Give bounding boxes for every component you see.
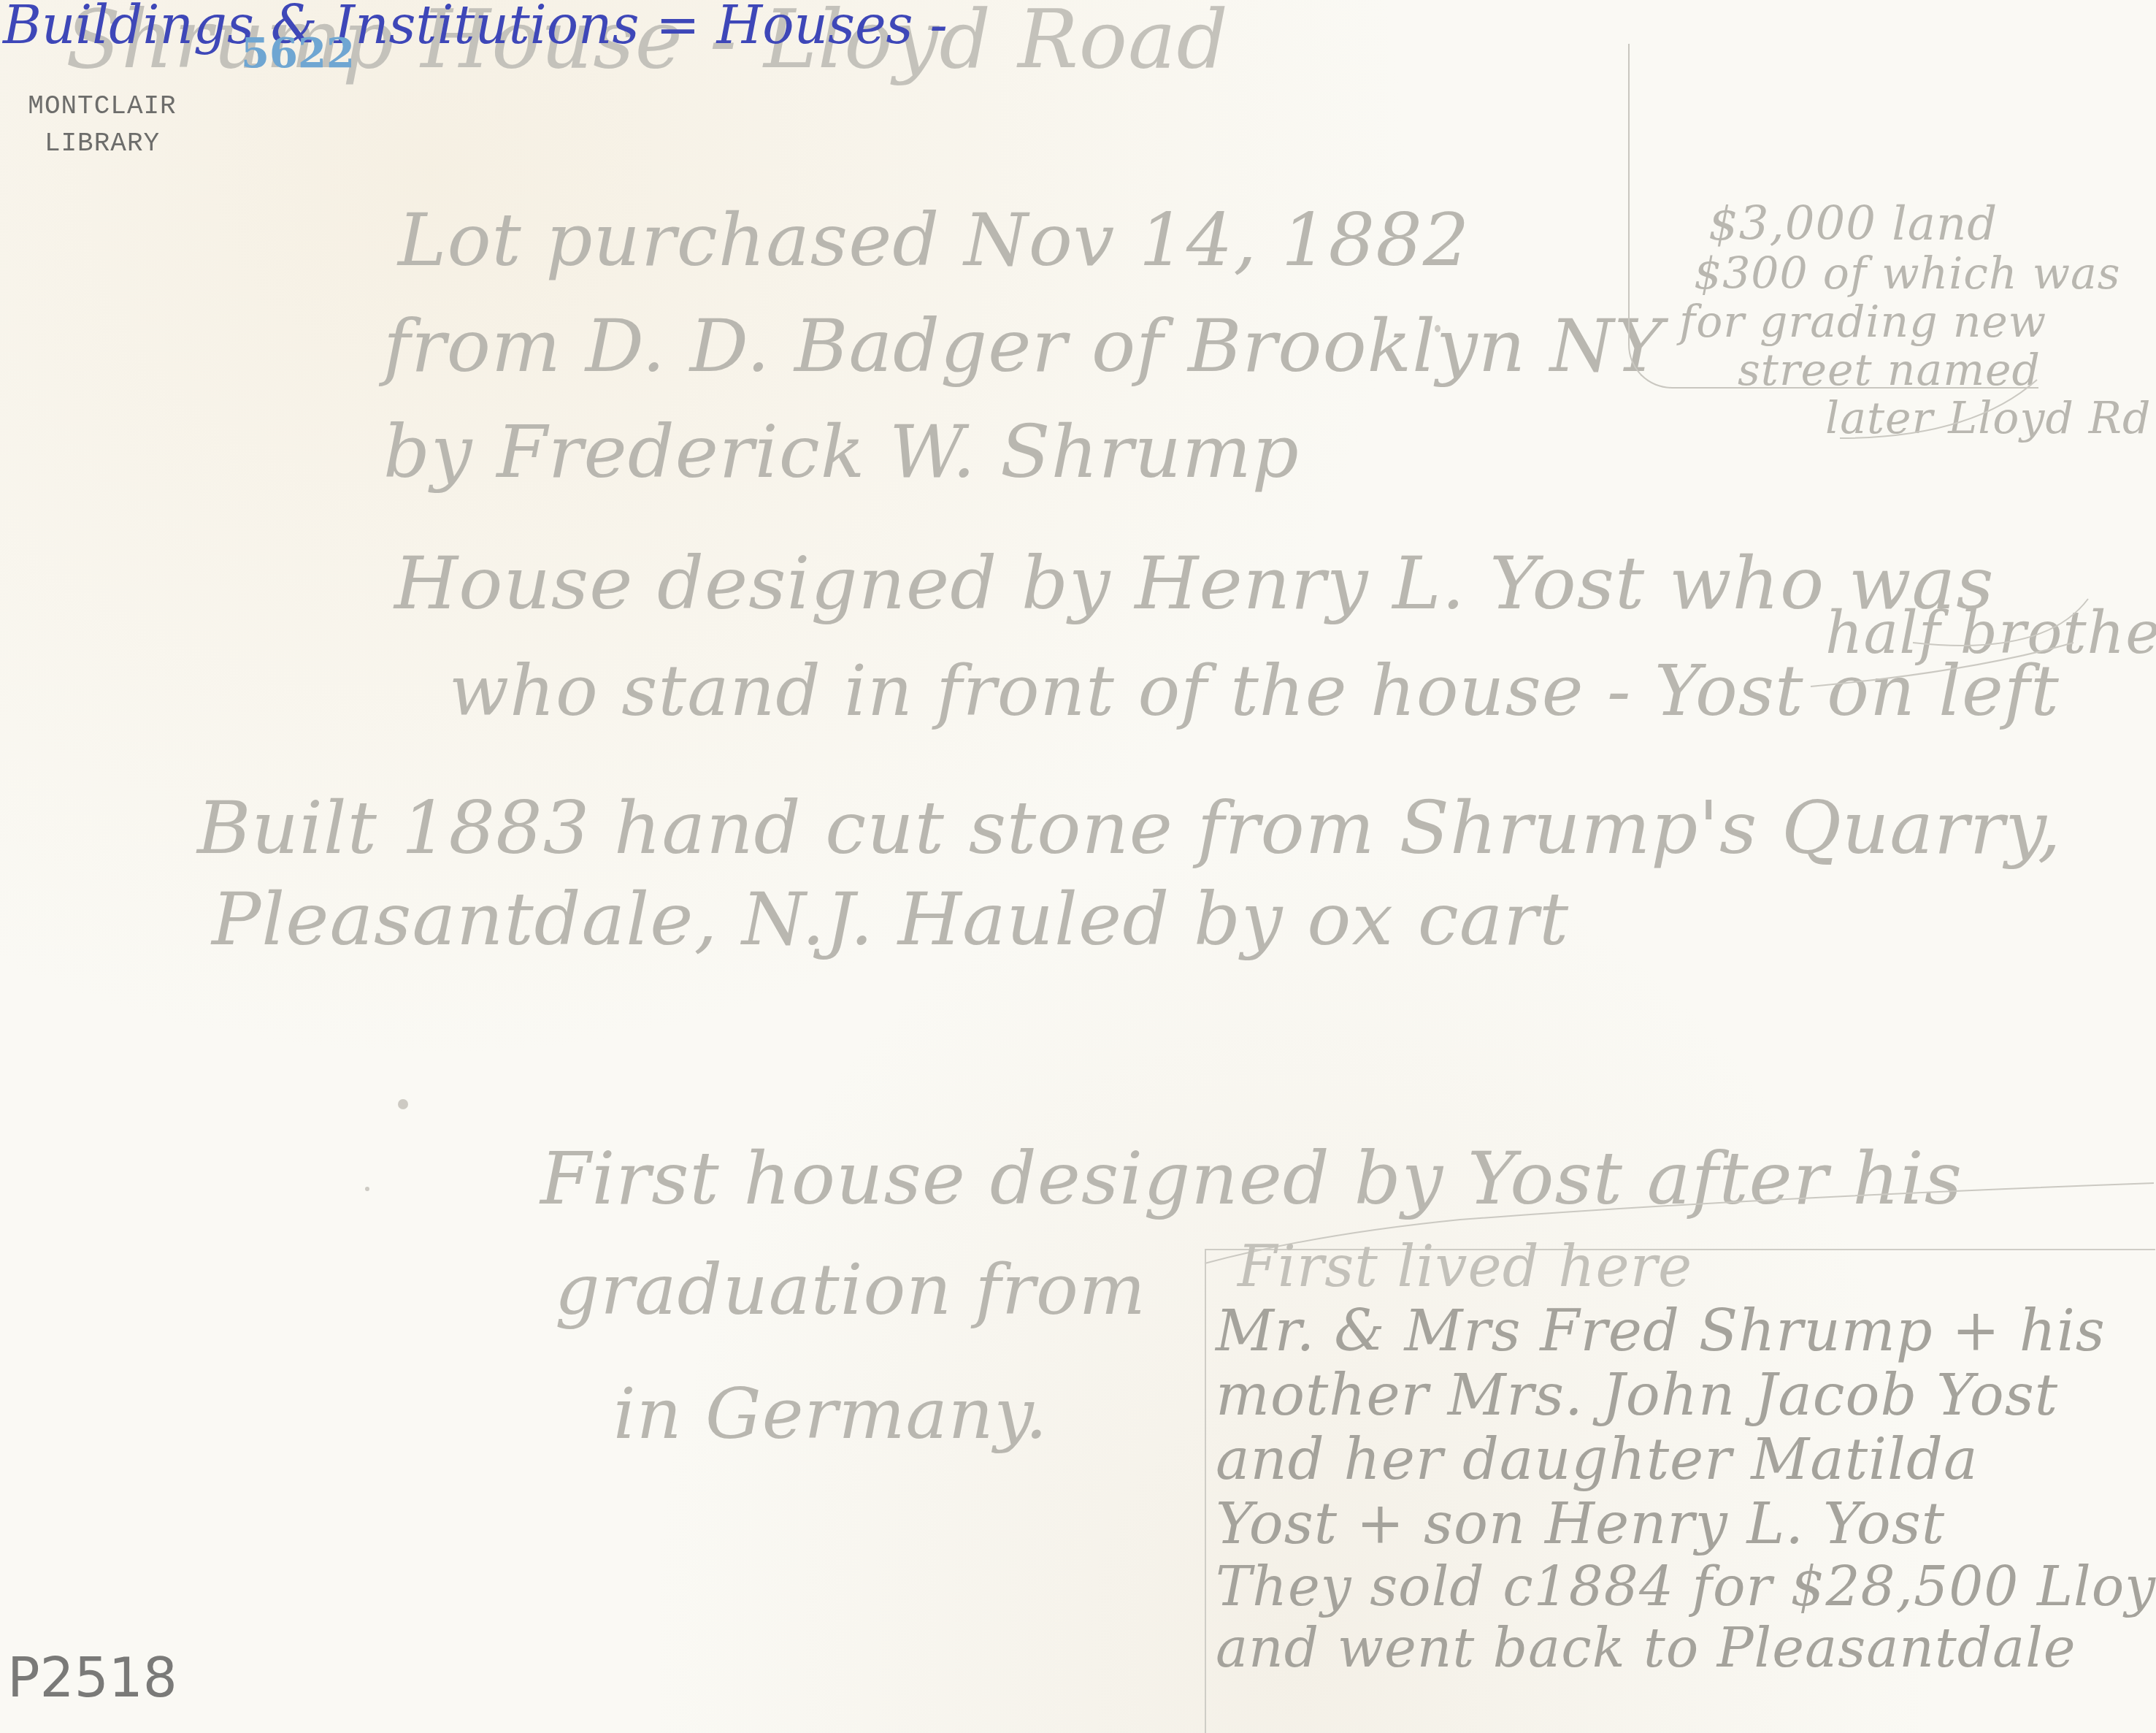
paper-stain-spot	[365, 1187, 369, 1191]
boxed-note-line: Mr. & Mrs Fred Shrump + his	[1216, 1298, 2156, 1364]
boxed-note-line: First lived here	[1238, 1234, 2156, 1300]
boxed-note-line: Yost + son Henry L. Yost	[1216, 1491, 2156, 1557]
catalog-number: P2518	[7, 1647, 177, 1710]
boxed-note-line: mother Mrs. John Jacob Yost	[1216, 1363, 2156, 1428]
boxed-note-line: and went back to Pleasantdale	[1216, 1617, 2156, 1680]
paper-stain-spot	[398, 1099, 408, 1109]
boxed-note: First lived here Mr. & Mrs Fred Shrump +…	[1216, 1234, 2156, 1680]
paper-stain-spot	[1435, 325, 1440, 332]
boxed-note-line: and her daughter Matilda	[1216, 1427, 2156, 1493]
boxed-note-line: They sold c1884 for $28,500 Lloyd?	[1216, 1556, 2156, 1618]
